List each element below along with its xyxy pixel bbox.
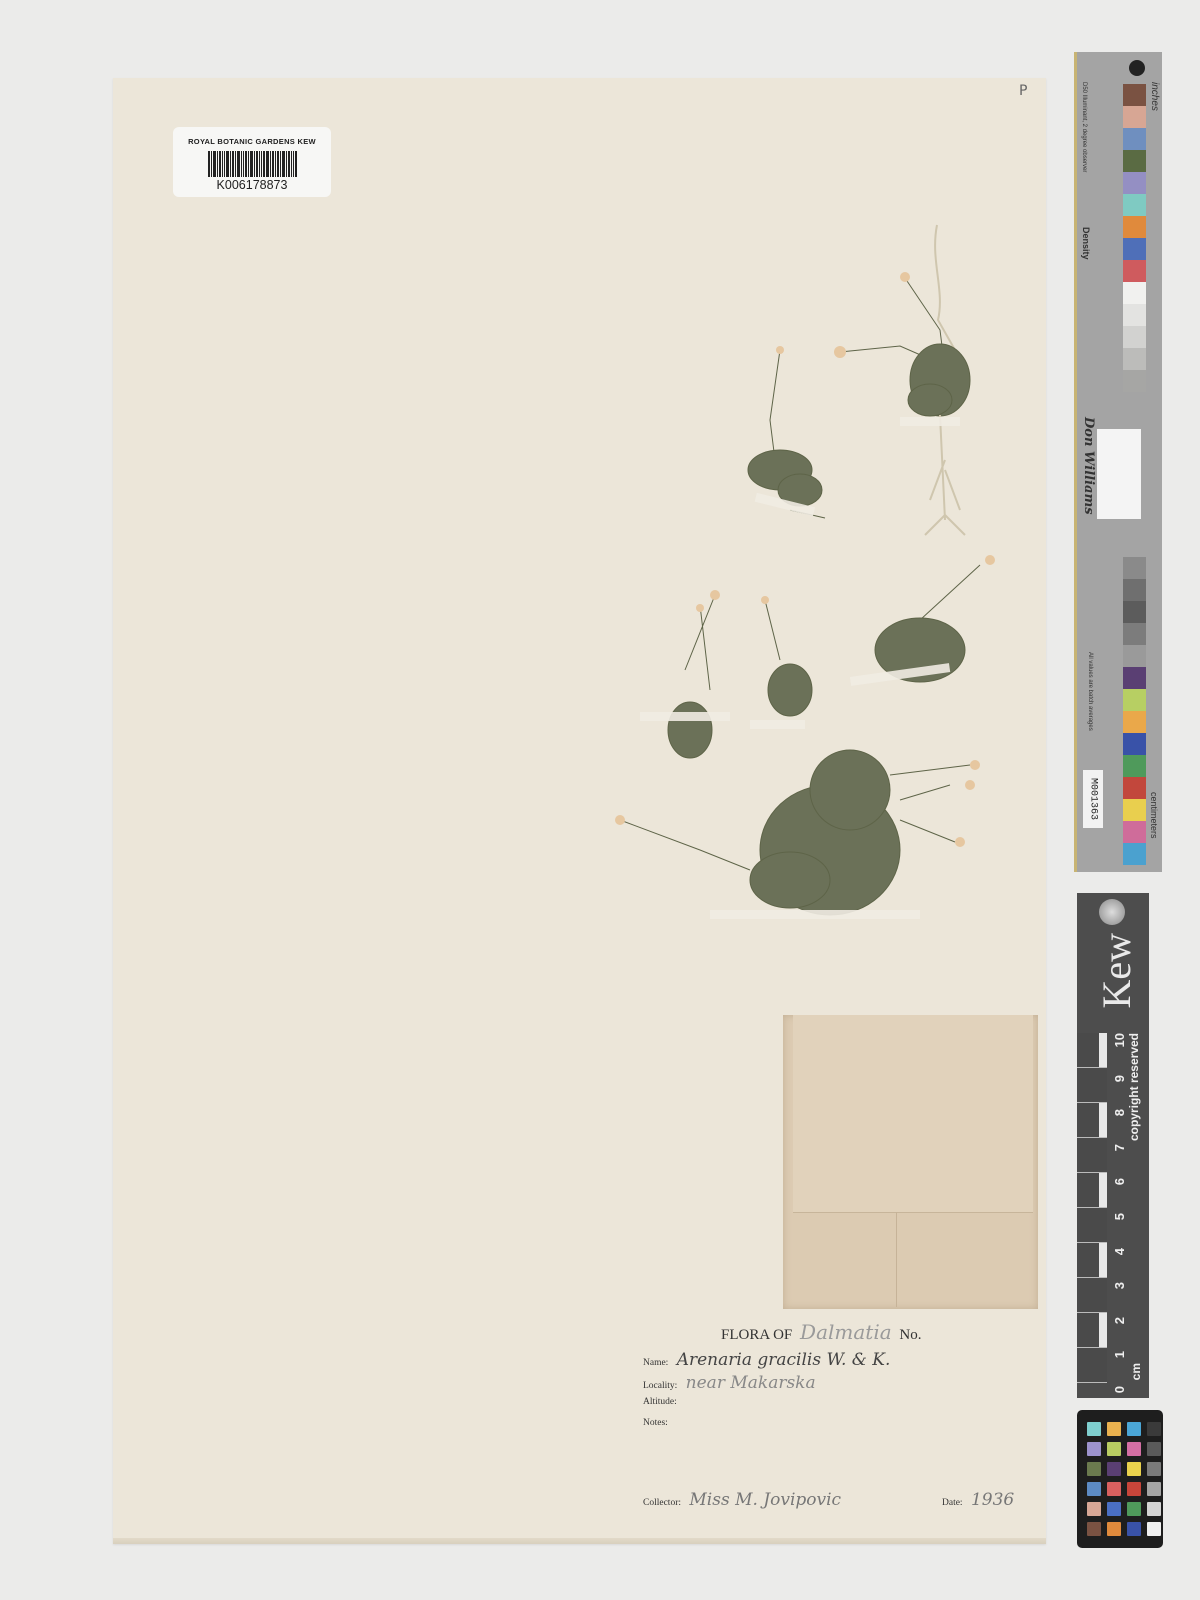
plant-specimens [600, 220, 1040, 1020]
color-swatch [1123, 733, 1146, 755]
cm-tick: 0 [1112, 1386, 1127, 1393]
color-swatch [1123, 150, 1146, 172]
color-swatch [1123, 304, 1146, 326]
color-swatch [1127, 1482, 1141, 1496]
color-swatch [1147, 1502, 1161, 1516]
color-swatch [1107, 1462, 1121, 1476]
envelope-flap [793, 1015, 1033, 1213]
cm-tick: 8 [1112, 1109, 1127, 1116]
cm-tick-labels: 012345678910 [1112, 1033, 1127, 1393]
color-swatch [1087, 1442, 1101, 1456]
color-swatch [1087, 1502, 1101, 1516]
copyright-note: copyright reserved [1127, 1033, 1141, 1141]
color-swatch [1127, 1422, 1141, 1436]
color-swatch [1123, 106, 1146, 128]
color-swatch [1123, 194, 1146, 216]
kew-scale-bar: Kew 012345678910 copyright reserved cm [1077, 893, 1149, 1398]
color-swatch [1147, 1422, 1161, 1436]
ruler-observer-note: D50 Illuminant, 2 degree observer [1081, 82, 1087, 172]
kew-logo: Kew [1097, 933, 1137, 1009]
notes-field: Notes: [643, 1418, 668, 1428]
ruler-brand: Don Williams [1081, 417, 1096, 515]
color-swatch [1123, 799, 1146, 821]
name-value: Arenaria gracilis W. & K. [677, 1350, 891, 1370]
color-calibration-ruler: inches centimeters D50 Illuminant, 2 deg… [1074, 52, 1162, 872]
collector-field: Collector: Miss M. Jovipovic [643, 1490, 841, 1510]
color-swatch [1123, 579, 1146, 601]
color-swatch [1123, 667, 1146, 689]
altitude-field: Altitude: [643, 1397, 677, 1407]
ruler-cm-label: centimeters [1149, 792, 1159, 839]
cm-tick: 2 [1112, 1317, 1127, 1324]
color-swatch [1123, 172, 1146, 194]
color-swatch [1087, 1522, 1101, 1536]
color-swatch [1123, 755, 1146, 777]
color-swatch [1123, 601, 1146, 623]
name-field: Name: Arenaria gracilis W. & K. [643, 1350, 890, 1370]
color-swatch [1123, 238, 1146, 260]
name-label: Name: [643, 1358, 668, 1368]
color-swatch [1107, 1482, 1121, 1496]
institution-name: ROYAL BOTANIC GARDENS KEW [173, 137, 331, 146]
color-swatch [1123, 711, 1146, 733]
color-swatch [1147, 1442, 1161, 1456]
color-swatch [1123, 557, 1146, 579]
kew-crest-icon [1099, 899, 1125, 925]
color-swatch [1087, 1422, 1101, 1436]
cm-tick: 4 [1112, 1248, 1127, 1255]
color-swatch [1123, 689, 1146, 711]
ruler-values-note: All values are batch averages [1087, 652, 1093, 731]
cm-tick: 3 [1112, 1282, 1127, 1289]
color-swatch [1123, 326, 1146, 348]
color-swatch [1123, 348, 1146, 370]
color-swatch [1127, 1462, 1141, 1476]
color-swatch [1087, 1482, 1101, 1496]
color-checker-card [1077, 1410, 1163, 1548]
date-label: Date: [942, 1498, 963, 1508]
color-swatch [1123, 216, 1146, 238]
cm-tick: 6 [1112, 1178, 1127, 1185]
locality-label: Locality: [643, 1381, 677, 1391]
color-swatch [1123, 645, 1146, 667]
resolution-target [1097, 429, 1141, 519]
notes-label: Notes: [643, 1418, 668, 1428]
color-swatch [1123, 282, 1146, 304]
color-swatch [1107, 1502, 1121, 1516]
envelope-seam [896, 1212, 897, 1307]
flora-heading: FLORA OF Dalmatia No. [721, 1320, 921, 1344]
color-swatch [1123, 777, 1146, 799]
locality-field: Locality: near Makarska [643, 1373, 816, 1393]
barcode-number: K006178873 [173, 178, 331, 192]
color-swatch [1107, 1522, 1121, 1536]
cm-tick: 7 [1112, 1144, 1127, 1151]
color-swatch [1127, 1522, 1141, 1536]
ruler-top-swatches [1123, 84, 1146, 392]
color-swatch [1123, 370, 1146, 392]
date-field: Date: 1936 [942, 1490, 1014, 1510]
color-swatch [1087, 1462, 1101, 1476]
color-swatch [1147, 1482, 1161, 1496]
color-swatch [1107, 1442, 1121, 1456]
cm-tick: 5 [1112, 1213, 1127, 1220]
altitude-label: Altitude: [643, 1397, 677, 1407]
barcode-label: ROYAL BOTANIC GARDENS KEW K006178873 [173, 127, 331, 197]
cm-unit-label: cm [1129, 1363, 1143, 1380]
number-label: No. [899, 1327, 921, 1343]
color-swatch [1123, 843, 1146, 865]
barcode-icon [173, 151, 331, 177]
fragment-envelope [783, 1015, 1038, 1309]
ruler-inches-label: inches [1149, 82, 1160, 111]
color-swatch [1123, 260, 1146, 282]
color-swatch [1123, 623, 1146, 645]
cm-scale [1077, 1033, 1107, 1393]
color-swatch [1123, 84, 1146, 106]
cm-tick: 9 [1112, 1075, 1127, 1082]
color-swatch [1127, 1442, 1141, 1456]
ruler-bottom-swatches [1123, 557, 1146, 865]
color-swatch [1147, 1522, 1161, 1536]
sheet-mark: P [1019, 83, 1027, 99]
color-swatch [1123, 821, 1146, 843]
locality-value: near Makarska [686, 1373, 816, 1393]
color-swatch [1127, 1502, 1141, 1516]
collector-value: Miss M. Jovipovic [689, 1490, 841, 1510]
collector-label: Collector: [643, 1498, 681, 1508]
cm-tick: 10 [1112, 1033, 1127, 1047]
flora-prefix: FLORA OF [721, 1327, 792, 1343]
ruler-hole-icon [1129, 60, 1145, 76]
cm-tick: 1 [1112, 1351, 1127, 1358]
chart-id: M001363 [1083, 770, 1103, 828]
color-swatch [1147, 1462, 1161, 1476]
color-swatch [1123, 128, 1146, 150]
flora-region: Dalmatia [800, 1320, 892, 1344]
ruler-density-label: Density [1081, 227, 1091, 260]
color-swatch [1107, 1422, 1121, 1436]
date-value: 1936 [971, 1490, 1014, 1510]
